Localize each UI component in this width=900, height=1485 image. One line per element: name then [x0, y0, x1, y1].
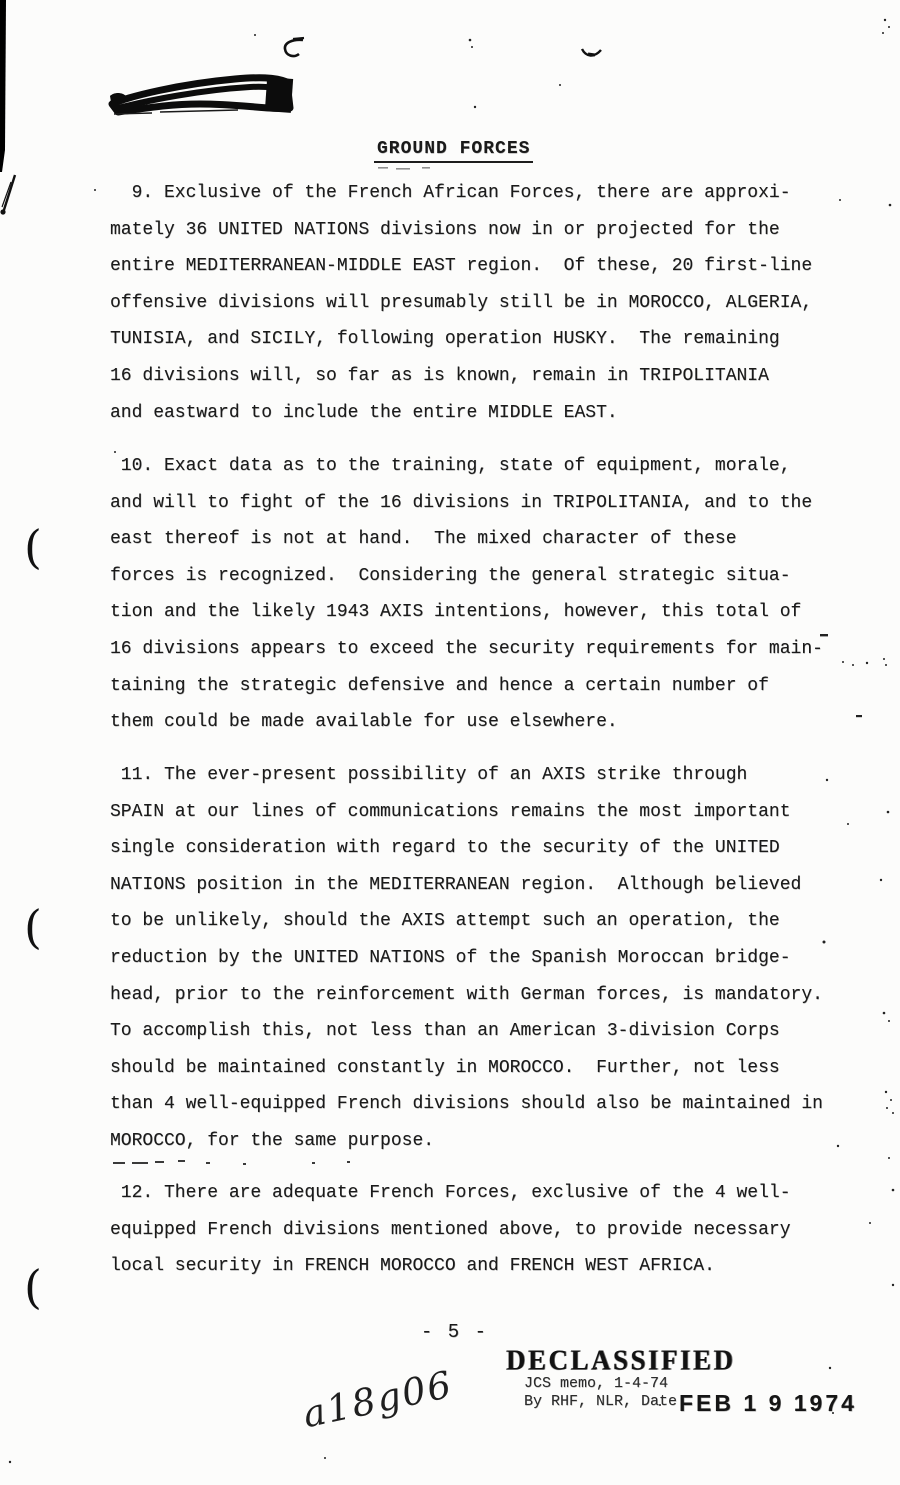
- margin-pencil-mark: (: [24, 524, 42, 570]
- typed-line: and will to fight of the 16 divisions in…: [110, 485, 850, 522]
- margin-pencil-mark: (: [24, 904, 42, 950]
- typed-line: reduction by the UNITED NATIONS of the S…: [110, 940, 850, 977]
- declassified-stamp: DECLASSIFIED: [506, 1344, 736, 1376]
- typed-line: single consideration with regard to the …: [110, 830, 850, 867]
- typed-line: should be maintained constantly in MOROC…: [110, 1050, 850, 1087]
- paragraph-11: 11. The ever-present possibility of an A…: [110, 757, 850, 1160]
- stamp-by-line: By RHF, NLR, Date: [524, 1393, 677, 1410]
- stamp-memo-line: JCS memo, 1-4-74: [524, 1375, 668, 1392]
- paragraph-12: 12. There are adequate French Forces, ex…: [110, 1175, 850, 1285]
- paragraph-9: 9. Exclusive of the French African Force…: [110, 175, 850, 431]
- document-page: GROUND FORCES 9. Exclusive of the French…: [0, 0, 900, 1485]
- page-number: - 5 -: [421, 1321, 488, 1343]
- typed-line: To accomplish this, not less than an Ame…: [110, 1013, 850, 1050]
- typed-line: local security in FRENCH MOROCCO and FRE…: [110, 1248, 850, 1285]
- scan-edge-bar: [0, 0, 6, 172]
- squiggle-mark: [285, 38, 304, 56]
- margin-pencil-mark: (: [24, 1264, 42, 1310]
- swoosh-mark: [582, 49, 601, 56]
- typed-line: 10. Exact data as to the training, state…: [110, 448, 850, 485]
- typed-line: than 4 well-equipped French divisions sh…: [110, 1086, 850, 1123]
- paragraph-10: 10. Exact data as to the training, state…: [110, 448, 850, 741]
- typed-line: tion and the likely 1943 AXIS intentions…: [110, 594, 850, 631]
- typed-line: equipped French divisions mentioned abov…: [110, 1212, 850, 1249]
- typed-line: 12. There are adequate French Forces, ex…: [110, 1175, 850, 1212]
- typed-line: NATIONS position in the MEDITERRANEAN re…: [110, 867, 850, 904]
- typed-line: 16 divisions will, so far as is known, r…: [110, 358, 850, 395]
- typed-line: forces is recognized. Considering the ge…: [110, 558, 850, 595]
- typed-line: 16 divisions appears to exceed the secur…: [110, 631, 850, 668]
- typed-line: MOROCCO, for the same purpose.: [110, 1123, 850, 1160]
- typed-line: mately 36 UNITED NATIONS divisions now i…: [110, 212, 850, 249]
- page-title: GROUND FORCES: [374, 139, 533, 163]
- typed-line: 11. The ever-present possibility of an A…: [110, 757, 850, 794]
- typed-line: entire MEDITERRANEAN-MIDDLE EAST region.…: [110, 248, 850, 285]
- typed-line: taining the strategic defensive and henc…: [110, 668, 850, 705]
- typed-line: and eastward to include the entire MIDDL…: [110, 395, 850, 432]
- typed-line: head, prior to the reinforcement with Ge…: [110, 977, 850, 1014]
- smear-dash-row: [113, 1160, 350, 1165]
- typed-line: east thereof is not at hand. The mixed c…: [110, 521, 850, 558]
- typed-line: to be unlikely, should the AXIS attempt …: [110, 903, 850, 940]
- typed-line: 9. Exclusive of the French African Force…: [110, 175, 850, 212]
- typed-line: offensive divisions will presumably stil…: [110, 285, 850, 322]
- typed-line: them could be made available for use els…: [110, 704, 850, 741]
- typed-line: TUNISIA, and SICILY, following operation…: [110, 321, 850, 358]
- scribble-redaction-mark: [110, 77, 293, 114]
- date-stamp: FEB 1 9 1974: [679, 1390, 857, 1417]
- title-underline-dashes: [378, 167, 430, 170]
- handwritten-annotation: a18g06: [299, 1363, 457, 1437]
- typed-line: SPAIN at our lines of communications rem…: [110, 794, 850, 831]
- pen-scratch-mark: [0, 175, 15, 215]
